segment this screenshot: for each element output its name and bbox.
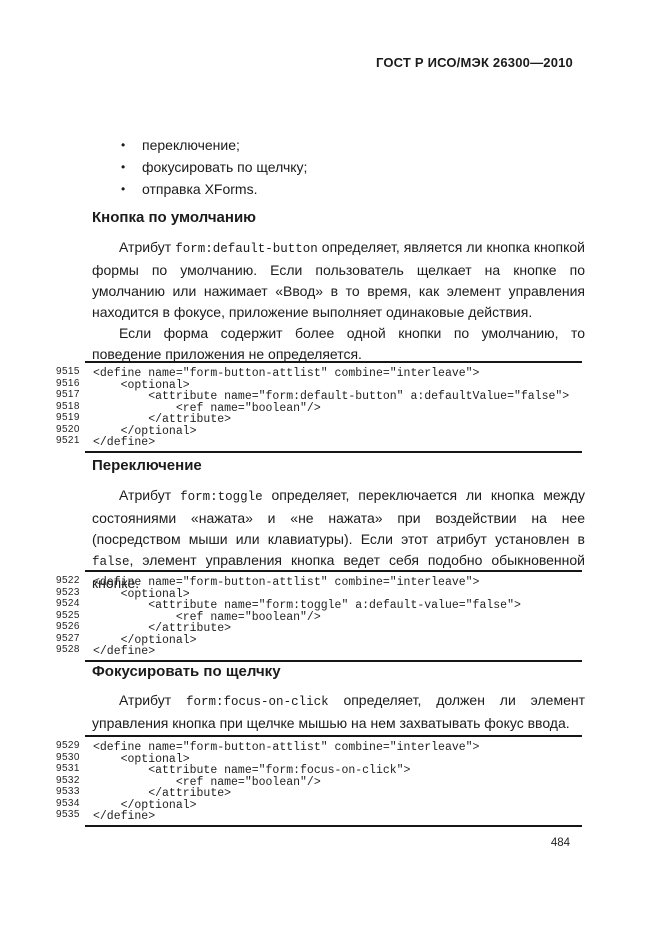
line-number: 9533: [56, 786, 80, 798]
code-line: 9516 <optional>: [85, 378, 582, 390]
line-number: 9523: [56, 587, 80, 599]
code-line: 9525 <ref name="boolean"/>: [85, 610, 582, 622]
code-line: 9521</define>: [85, 435, 582, 447]
line-number: 9525: [56, 610, 80, 622]
standard-header: ГОСТ Р ИСО/МЭК 26300—2010: [376, 55, 573, 70]
line-number: 9532: [56, 775, 80, 787]
line-number: 9526: [56, 621, 80, 633]
section-heading-toggle: Переключение: [92, 457, 202, 474]
code-line: 9535</define>: [85, 809, 582, 821]
line-number: 9516: [56, 378, 80, 390]
code-text: </define>: [93, 645, 155, 658]
paragraph-text: Если форма содержит более одной кнопки п…: [92, 325, 585, 362]
line-number: 9535: [56, 809, 80, 821]
page-number: 484: [551, 837, 570, 849]
bullet-list: •переключение; •фокусировать по щелчку; …: [121, 134, 307, 200]
line-number: 9534: [56, 798, 80, 810]
code-line: 9522<define name="form-button-attlist" c…: [85, 575, 582, 587]
code-line: 9530 <optional>: [85, 752, 582, 764]
bullet-item: •фокусировать по щелчку;: [121, 156, 307, 178]
code-listing-default-button: 9515<define name="form-button-attlist" c…: [85, 361, 582, 453]
code-line: 9523 <optional>: [85, 587, 582, 599]
line-number: 9531: [56, 763, 80, 775]
bullet-marker: •: [121, 156, 142, 178]
bullet-marker: •: [121, 178, 142, 200]
bullet-text: фокусировать по щелчку;: [142, 159, 307, 175]
line-number: 9528: [56, 644, 80, 656]
bullet-text: переключение;: [142, 137, 240, 153]
bullet-item: •отправка XForms.: [121, 178, 307, 200]
section-heading-default-button: Кнопка по умолчанию: [92, 209, 256, 226]
code-listing-focus-on-click: 9529<define name="form-button-attlist" c…: [85, 735, 582, 827]
line-number: 9527: [56, 633, 80, 645]
code-text: </define>: [93, 436, 155, 449]
code-line: 9524 <attribute name="form:toggle" a:def…: [85, 598, 582, 610]
code-line: 9515<define name="form-button-attlist" c…: [85, 366, 582, 378]
code-line: 9532 <ref name="boolean"/>: [85, 775, 582, 787]
code-line: 9534 </optional>: [85, 798, 582, 810]
code-line: 9527 </optional>: [85, 633, 582, 645]
code-line: 9533 </attribute>: [85, 786, 582, 798]
bullet-marker: •: [121, 134, 142, 156]
line-number: 9520: [56, 424, 80, 436]
inline-code: form:default-button: [175, 242, 318, 256]
line-number: 9517: [56, 389, 80, 401]
code-line: 9519 </attribute>: [85, 412, 582, 424]
line-number: 9524: [56, 598, 80, 610]
body-paragraph: Атрибут form:focus-on-click определяет, …: [92, 690, 585, 734]
document-page: ГОСТ Р ИСО/МЭК 26300—2010 •переключение;…: [0, 0, 661, 936]
line-number: 9522: [56, 575, 80, 587]
code-listing-toggle: 9522<define name="form-button-attlist" c…: [85, 570, 582, 662]
line-number: 9521: [56, 435, 80, 447]
section-heading-focus-on-click: Фокусировать по щелчку: [92, 663, 281, 680]
code-text: </define>: [93, 810, 155, 823]
line-number: 9518: [56, 401, 80, 413]
code-line: 9517 <attribute name="form:default-butto…: [85, 389, 582, 401]
line-number: 9519: [56, 412, 80, 424]
inline-code: form:toggle: [180, 490, 263, 504]
bullet-item: •переключение;: [121, 134, 307, 156]
code-line: 9531 <attribute name="form:focus-on-clic…: [85, 763, 582, 775]
paragraph-text: Атрибут: [119, 239, 175, 255]
line-number: 9529: [56, 740, 80, 752]
line-number: 9530: [56, 752, 80, 764]
paragraph-text: Атрибут: [119, 692, 186, 708]
code-line: 9518 <ref name="boolean"/>: [85, 401, 582, 413]
section-body-focus-on-click: Атрибут form:focus-on-click определяет, …: [92, 690, 585, 734]
code-line: 9528</define>: [85, 644, 582, 656]
line-number: 9515: [56, 366, 80, 378]
body-paragraph: Если форма содержит более одной кнопки п…: [92, 323, 585, 365]
inline-code: form:focus-on-click: [186, 695, 329, 709]
paragraph-text: Атрибут: [119, 487, 180, 503]
code-line: 9529<define name="form-button-attlist" c…: [85, 740, 582, 752]
code-line: 9520 </optional>: [85, 424, 582, 436]
bullet-text: отправка XForms.: [142, 181, 257, 197]
body-paragraph: Атрибут form:default-button определяет, …: [92, 237, 585, 323]
inline-code: false: [92, 555, 130, 569]
section-body-default-button: Атрибут form:default-button определяет, …: [92, 237, 585, 365]
code-line: 9526 </attribute>: [85, 621, 582, 633]
